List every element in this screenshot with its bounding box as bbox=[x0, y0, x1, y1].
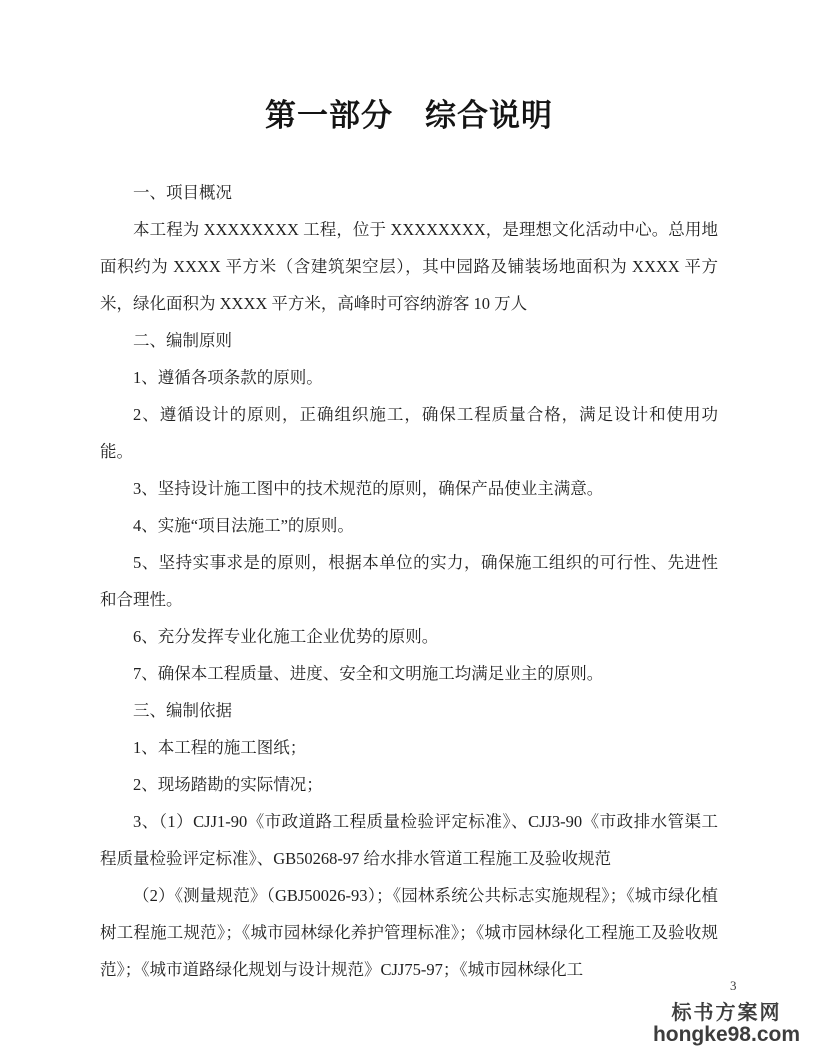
para-principle-7: 7、确保本工程质量、进度、安全和文明施工均满足业主的原则。 bbox=[100, 655, 718, 692]
heading-compilation-principles: 二、编制原则 bbox=[100, 322, 718, 359]
para-principle-2: 2、遵循设计的原则，正确组织施工，确保工程质量合格，满足设计和使用功能。 bbox=[100, 396, 718, 470]
page-number: 3 bbox=[730, 978, 737, 994]
para-principle-6: 6、充分发挥专业化施工企业优势的原则。 bbox=[100, 618, 718, 655]
para-basis-3-standards: 3、（1）CJJ1-90《市政道路工程质量检验评定标准》、CJJ3-90《市政排… bbox=[100, 803, 718, 877]
para-project-overview: 本工程为 XXXXXXXX 工程，位于 XXXXXXXX，是理想文化活动中心。总… bbox=[100, 211, 718, 322]
page-title: 第一部分 综合说明 bbox=[99, 90, 719, 135]
document-body: 一、项目概况 本工程为 XXXXXXXX 工程，位于 XXXXXXXX，是理想文… bbox=[100, 174, 718, 988]
document-page: 第一部分 综合说明 一、项目概况 本工程为 XXXXXXXX 工程，位于 XXX… bbox=[0, 0, 816, 1056]
para-basis-2: 2、现场踏勘的实际情况； bbox=[100, 766, 718, 803]
heading-compilation-basis: 三、编制依据 bbox=[100, 692, 718, 729]
para-principle-5: 5、坚持实事求是的原则，根据本单位的实力，确保施工组织的可行性、先进性和合理性。 bbox=[100, 544, 718, 618]
para-basis-1: 1、本工程的施工图纸； bbox=[100, 729, 718, 766]
para-principle-4: 4、实施“项目法施工”的原则。 bbox=[100, 507, 718, 544]
watermark-site-url: hongke98.com bbox=[653, 1024, 800, 1046]
watermark: 标书方案网 hongke98.com bbox=[653, 1003, 800, 1046]
watermark-site-name: 标书方案网 bbox=[653, 1003, 800, 1024]
para-basis-3-regulations: （2）《测量规范》（GBJ50026-93）；《园林系统公共标志实施规程》；《城… bbox=[100, 877, 718, 988]
para-principle-3: 3、坚持设计施工图中的技术规范的原则，确保产品使业主满意。 bbox=[100, 470, 718, 507]
heading-project-overview: 一、项目概况 bbox=[100, 174, 718, 211]
para-principle-1: 1、遵循各项条款的原则。 bbox=[100, 359, 718, 396]
